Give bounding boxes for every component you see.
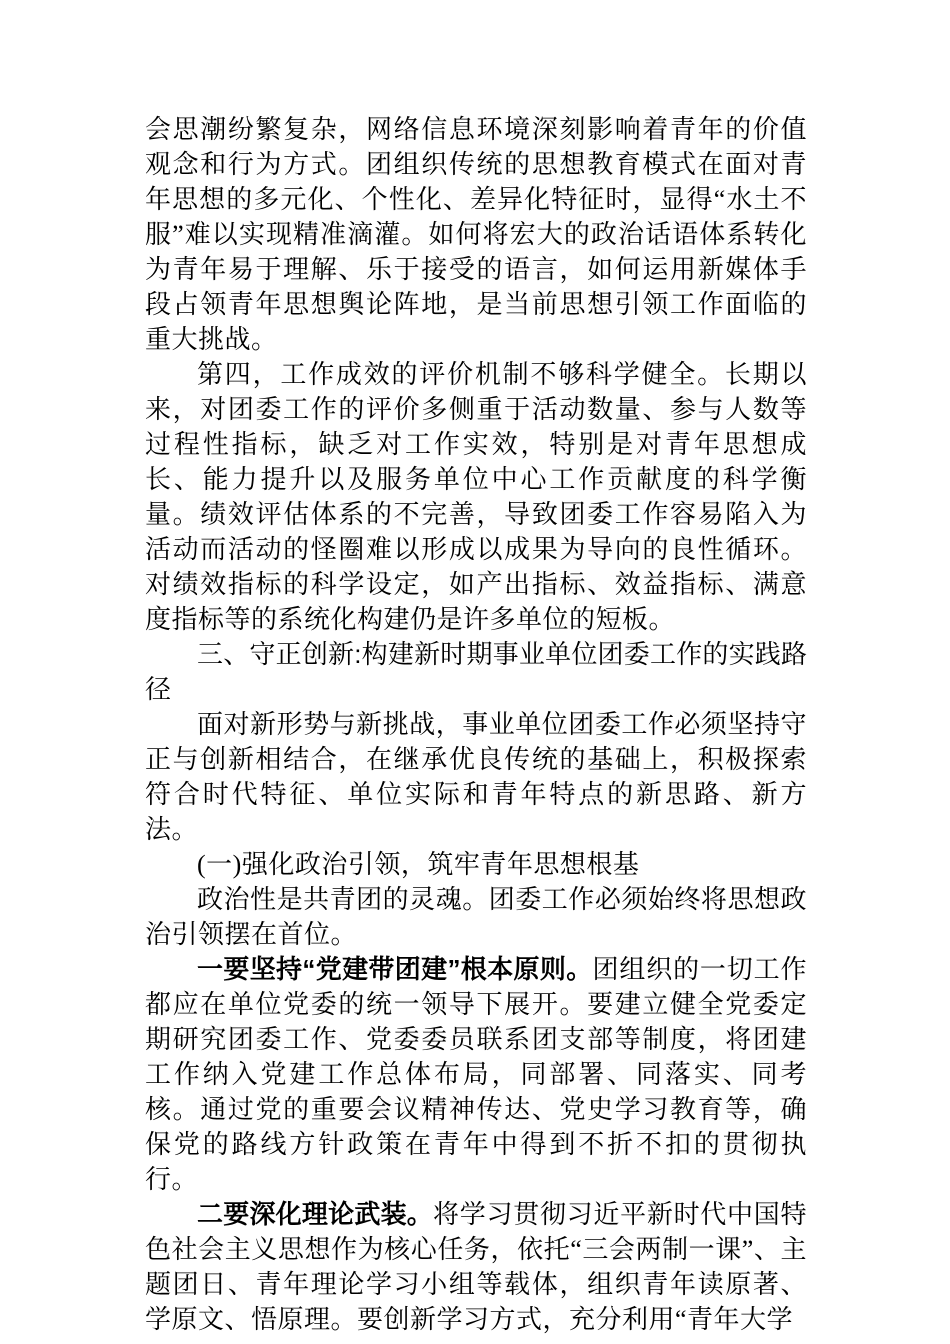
paragraph: 第四，工作成效的评价机制不够科学健全。长期以来，对团委工作的评价多侧重于活动数量… bbox=[145, 357, 807, 637]
paragraph: 二要深化理论武装。将学习贯彻习近平新时代中国特色社会主义思想作为核心任务，依托“… bbox=[145, 1197, 807, 1337]
bold-lead: 一要坚持“党建带团建”根本原则。 bbox=[197, 954, 593, 984]
section-heading: 三、守正创新:构建新时期事业单位团委工作的实践路径 bbox=[145, 637, 807, 707]
paragraph: 面对新形势与新挑战，事业单位团委工作必须坚持守正与创新相结合，在继承优良传统的基… bbox=[145, 707, 807, 847]
paragraph-text: 团组织的一切工作都应在单位党委的统一领导下展开。要建立健全党委定期研究团委工作、… bbox=[145, 955, 807, 1194]
document-page: 会思潮纷繁复杂，网络信息环境深刻影响着青年的价值观念和行为方式。团组织传统的思想… bbox=[0, 0, 950, 1344]
paragraph-continuation: 会思潮纷繁复杂，网络信息环境深刻影响着青年的价值观念和行为方式。团组织传统的思想… bbox=[145, 112, 807, 357]
document-content: 会思潮纷繁复杂，网络信息环境深刻影响着青年的价值观念和行为方式。团组织传统的思想… bbox=[145, 112, 807, 1337]
paragraph: 政治性是共青团的灵魂。团委工作必须始终将思想政治引领摆在首位。 bbox=[145, 882, 807, 952]
paragraph: 一要坚持“党建带团建”根本原则。团组织的一切工作都应在单位党委的统一领导下展开。… bbox=[145, 952, 807, 1197]
bold-lead: 二要深化理论武装。 bbox=[197, 1199, 433, 1229]
subsection-heading: (一)强化政治引领，筑牢青年思想根基 bbox=[145, 847, 807, 882]
